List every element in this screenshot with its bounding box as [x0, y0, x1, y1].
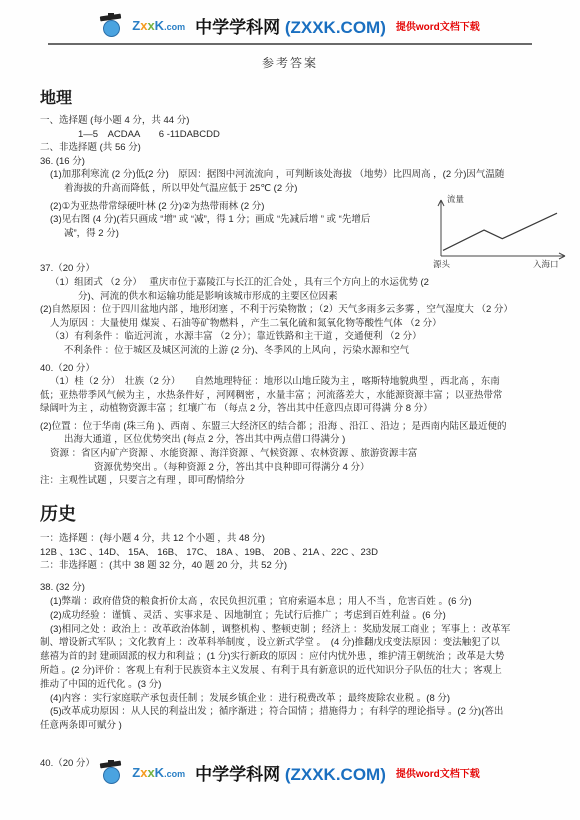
- answer-line: 慈禧为首的封 建顽固派的权力和利益 ；(1 分)实行新政的原因 ：应付内忧外患 …: [40, 650, 562, 664]
- zxxk-mascot-logo-icon: [100, 760, 122, 784]
- logo-letter: .com: [164, 769, 185, 779]
- zxxk-logo-text: ZxxK.com: [132, 765, 185, 780]
- river-flow-chart-svg: 流量 源头 入海口: [425, 190, 577, 270]
- answer-line: 40.（20 分）: [40, 362, 562, 376]
- logo-letter: .com: [164, 22, 185, 32]
- chart-x-start-label: 源头: [433, 259, 451, 269]
- page-footer: ZxxK.com 中学学科网 (ZXXK.COM) 提供word文档下载: [0, 758, 580, 786]
- answer-line: 38. (32 分): [40, 581, 562, 595]
- page-header: ZxxK.com 中学学科网 (ZXXK.COM) 提供word文档下载: [0, 0, 580, 39]
- flow-chart-line: [443, 213, 557, 250]
- answer-line: (2)成功经验 ：谨慎 、灵活 、实事求是 、因地制宜 ；先试行后推广 ；考虑到…: [40, 609, 562, 623]
- logo-letter: K: [155, 18, 164, 33]
- download-tagline: 提供word文档下载: [396, 765, 480, 780]
- geography-heading: 地理: [40, 85, 580, 108]
- logo-letter: x: [147, 18, 154, 33]
- chart-ylabel: 流量: [447, 194, 465, 204]
- history-heading: 历史: [40, 500, 580, 526]
- geography-answers: 一、选择题 (每小题 4 分，共 44 分) 1—5 ACDAA 6 -11DA…: [40, 114, 562, 488]
- answer-line: 推动了中国的近代化 。(3 分): [40, 678, 562, 692]
- river-flow-chart: 流量 源头 入海口: [425, 190, 577, 270]
- site-name: 中学学科网 (ZXXK.COM): [195, 13, 386, 38]
- answer-line: 12B 、13C 、14D、 15A、 16B、 17C、 18A 、19B、 …: [40, 546, 562, 560]
- site-name-cn: 中学学科网: [195, 18, 280, 37]
- answer-line: (3)相同之处 ：政治上 ：改革政治体制 ，调整机构 、整顿吏制 ；经济上 ：奖…: [40, 623, 562, 637]
- answer-line: (4)内容 ：实行家庭联产承包责任制 ；发展乡镇企业 ：进行税费改革 ；最终废除…: [40, 692, 562, 706]
- answer-line: 制、增设新式军队 ；文化教育上 ：改革科举制度 ，设立新式学堂 。 (4 分)推…: [40, 636, 562, 650]
- answer-line: 不利条件 ：位于城区及城区河流的上游 (2 分)、冬季风的上风向 ，污染水源和空…: [40, 344, 562, 358]
- logo-letter: Z: [132, 18, 140, 33]
- site-name-cn: 中学学科网: [195, 765, 280, 784]
- answer-line: 36. (16 分): [40, 155, 562, 169]
- answer-line: （1）组团式 （2 分） 重庆市位于嘉陵江与长江的汇合处 ，具有三个方向上的水运…: [40, 276, 562, 290]
- answer-line: （3）有利条件 ：临近河流 ，水源丰富 （2 分）；靠近铁路和主干道 ，交通便利…: [40, 330, 562, 344]
- answer-line: (2)位置 ：位于华南 (珠三角 )、西南 、东盟三大经济区的结合都 ；沿海 、…: [40, 420, 562, 434]
- answer-line: 一、选择题 (每小题 4 分，共 44 分): [40, 114, 562, 128]
- answer-line: (2)自然原因 ：位于四川盆地内部 ，地形闭塞 ，不利于污染物散 ；（2）天气多…: [40, 303, 562, 317]
- document-page: ZxxK.com 中学学科网 (ZXXK.COM) 提供word文档下载 参考答…: [0, 0, 580, 820]
- answer-line: 人为原因 ：大量使用 煤炭 、石油等矿物燃料 ，产生二氧化硫和氮氧化物等酸性气体…: [40, 317, 562, 331]
- zxxk-mascot-logo-icon: [100, 13, 122, 37]
- answer-line: 绿阔叶为主 ，动植物资源丰富 ；红壤广布 （每点 2 分，答出其中任意四点即可得…: [40, 402, 562, 416]
- site-name: 中学学科网 (ZXXK.COM): [195, 760, 386, 785]
- answer-line: 资源 ：省区内矿产资源 、水能资源 、海洋资源 、气候资源 、农林资源 、旅游资…: [40, 447, 562, 461]
- logo-letter: Z: [132, 765, 140, 780]
- answer-line: 一：选择题 ：(每小题 4 分，共 12 个小题 ，共 48 分): [40, 532, 562, 546]
- answer-line: (1)加那利寒流 (2 分)低(2 分) 原因：据图中河流流向 ，可判断该处海拔…: [40, 168, 562, 182]
- answer-line: 注：主观性试题 ，只要言之有理 ，即可酌情给分: [40, 474, 562, 488]
- answer-line: 分)、河流的供水和运输功能是影响该城市形成的主要区位因素: [40, 290, 562, 304]
- site-name-en: (ZXXK.COM): [285, 765, 386, 784]
- answer-line: (1)弊端 ：政府借贷的粮食折价太高 ，农民负担沉重 ；官府索逼本息 ；用人不当…: [40, 595, 562, 609]
- answer-line: 出海大通道 ，区位优势突出 (每点 2 分，答出其中两点借口得满分 ): [40, 433, 562, 447]
- zxxk-logo-text: ZxxK.com: [132, 18, 185, 33]
- site-name-en: (ZXXK.COM): [285, 18, 386, 37]
- download-tagline: 提供word文档下载: [396, 18, 480, 33]
- chart-x-end-label: 入海口: [533, 259, 559, 269]
- answer-line: 所趋 。(2 分)评价 ：客观上有利于民族资本主义发展 、有利于具有新意识的近代…: [40, 664, 562, 678]
- answer-line: 二：非选择题 ：(其中 38 题 32 分，40 题 20 分，共 52 分): [40, 559, 562, 573]
- answer-line: (5)改革成功原因 ：从人民的利益出发 ；循序渐进 ；符合国情 ；措施得力 ；有…: [40, 705, 562, 719]
- document-title: 参考答案: [0, 54, 580, 71]
- answer-line: 任意两条即可赋分 ): [40, 719, 562, 733]
- answer-line: （1）桂（2 分） 壮族（2 分） 自然地理特征 ：地形以山地丘陵为主 ，喀斯特…: [40, 375, 562, 389]
- history-answers: 一：选择题 ：(每小题 4 分，共 12 个小题 ，共 48 分) 12B 、1…: [40, 532, 562, 771]
- answer-line: 资源优势突出 。（每种资源 2 分，答出其中良种即可得满分 4 分）: [40, 461, 562, 475]
- header-divider: [48, 43, 532, 45]
- logo-letter: K: [155, 765, 164, 780]
- answer-line: 1—5 ACDAA 6 -11DABCDD: [40, 128, 562, 142]
- answer-line: 低；亚热带季风气候为主 ，水热条件好 ，河网稠密 ，水量丰富 ；河流落差大 ，水…: [40, 389, 562, 403]
- answer-line: 二、非选择题 (共 56 分): [40, 141, 562, 155]
- logo-letter: x: [147, 765, 154, 780]
